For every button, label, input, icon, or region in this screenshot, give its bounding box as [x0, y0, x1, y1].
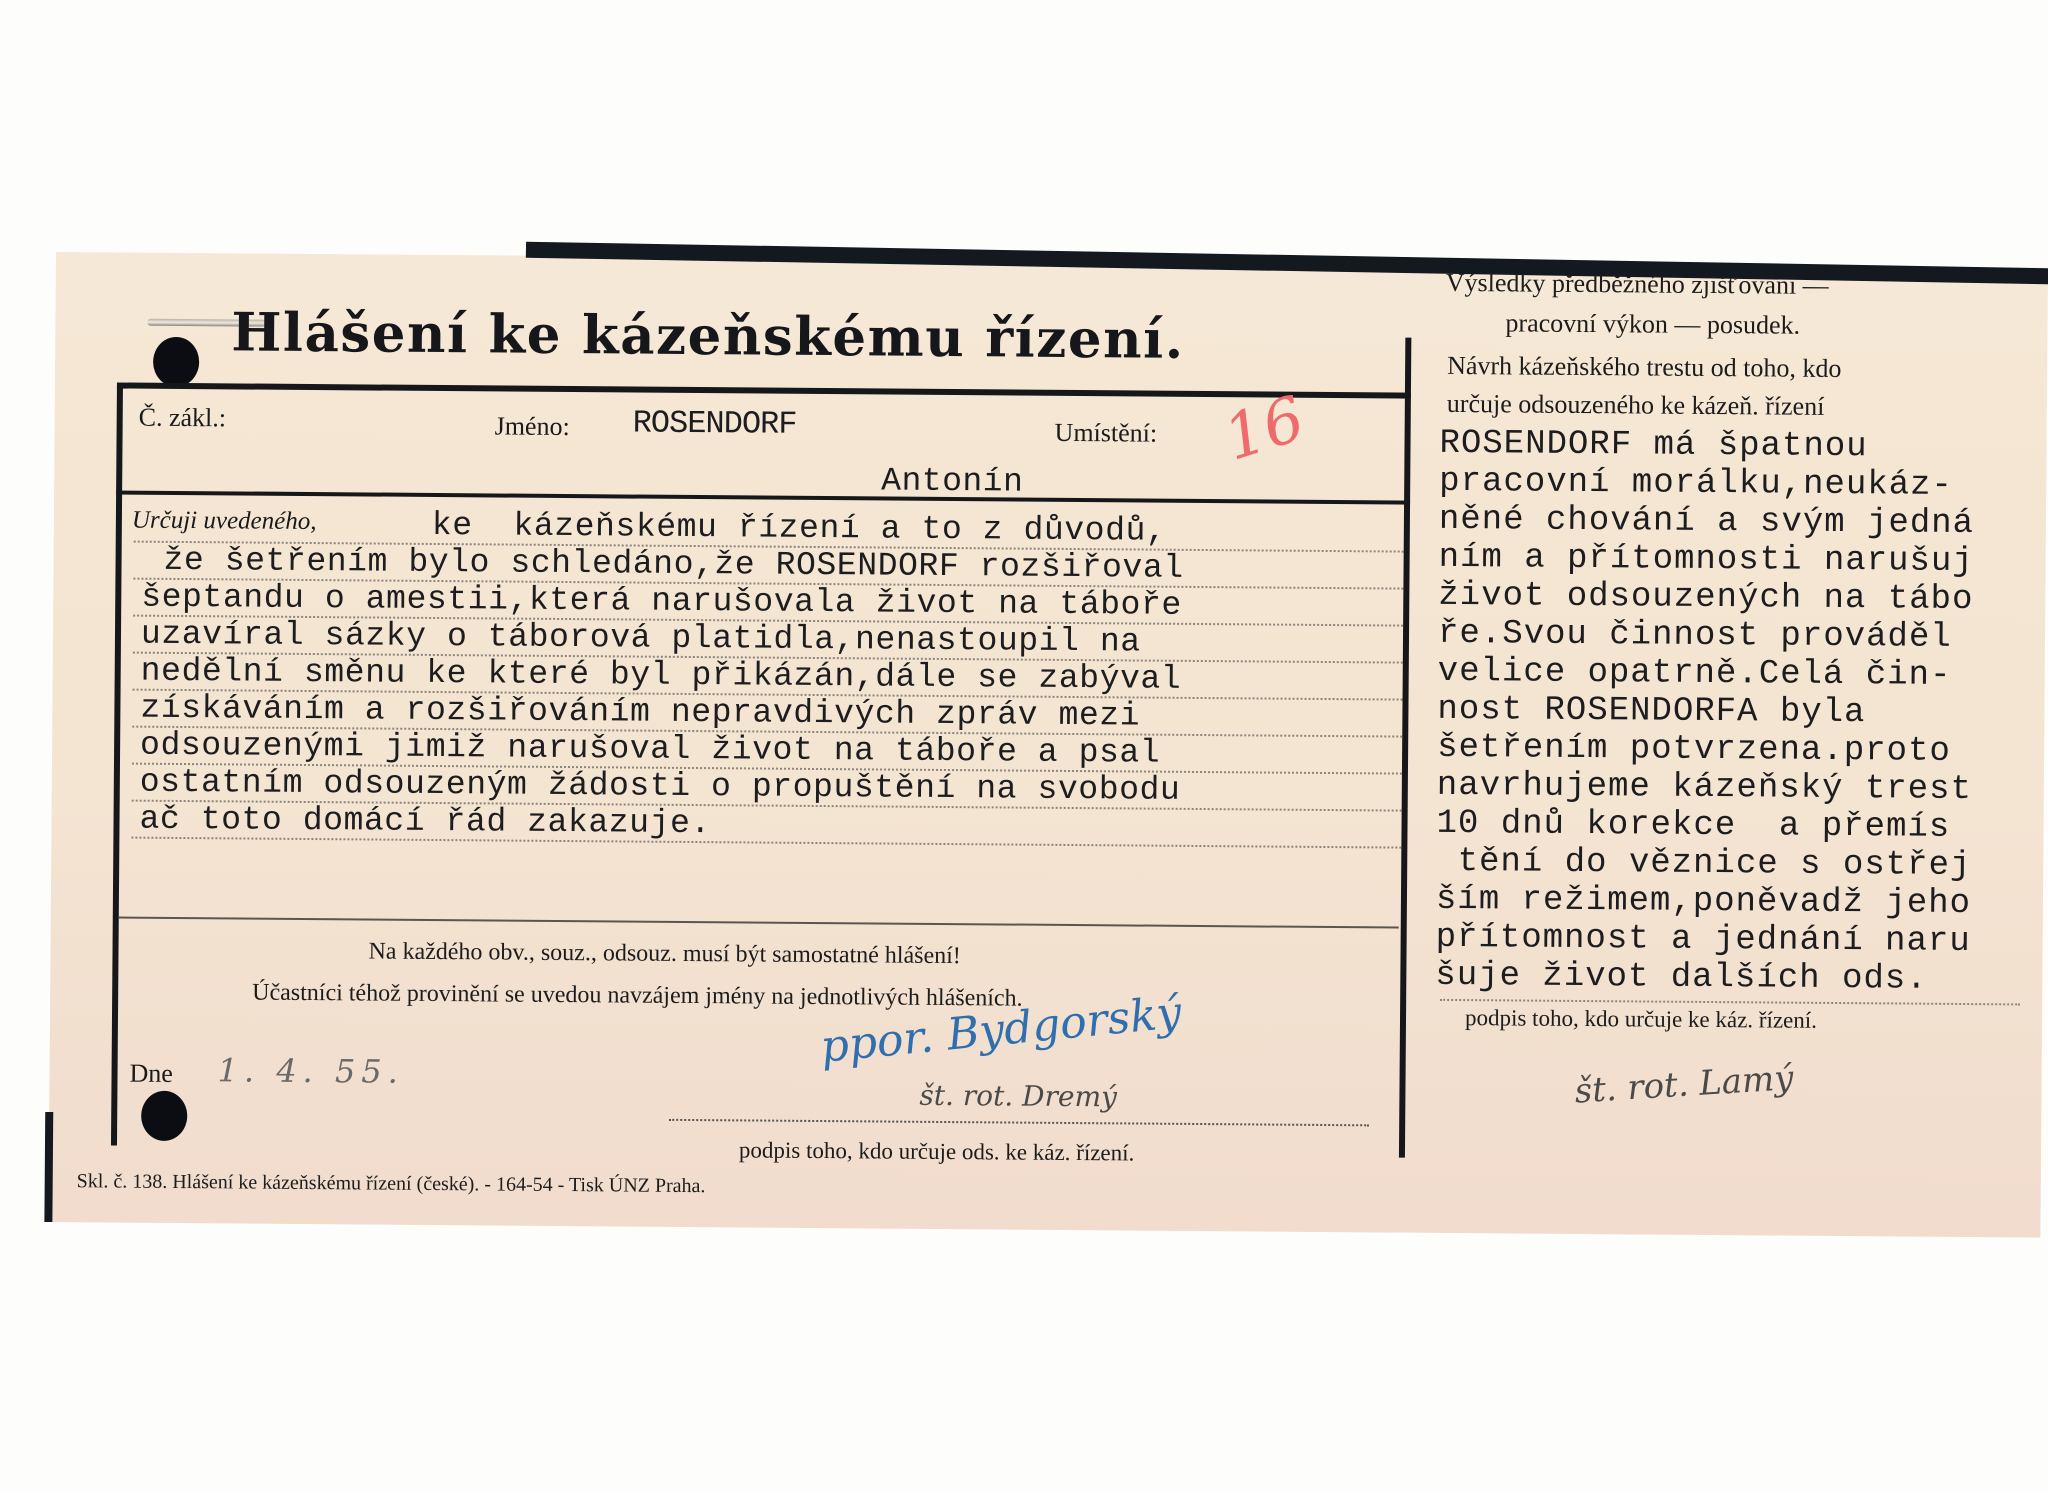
- form-footer: Skl. č. 138. Hlášení ke kázeňskému řízen…: [77, 1170, 706, 1198]
- assessment-line: život odsouzených na tábo: [1438, 577, 1973, 619]
- right-signature-caption: podpis toho, kdo určuje ke káz. řízení.: [1465, 1005, 1817, 1034]
- intro-label: Určuji uvedeného,: [132, 507, 317, 536]
- assessment-line: pracovní morálku,neukáz-: [1439, 463, 1953, 505]
- form-title: Hlášení ke kázeňskému řízení.: [231, 301, 1185, 370]
- assessment-line: 10 dnů korekce a přemís: [1436, 805, 1950, 847]
- assessment-line: ním a přítomnosti narušuj: [1438, 539, 1973, 581]
- signature-pencil-text: št. rot. Dremý: [919, 1079, 1117, 1114]
- punch-hole-top: [153, 337, 199, 387]
- surname-value: ROSENDORF: [633, 405, 797, 443]
- document-slip: Hlášení ke kázeňskému řízení. Č. zákl.: …: [48, 252, 2048, 1238]
- date-label: Dne: [129, 1059, 173, 1089]
- assessment-line: šetřením potvrzena.proto: [1437, 729, 1951, 771]
- note-separate-report: Na každého obv., souz., odsouz. musí být…: [368, 938, 961, 970]
- scan-shadow-left: [44, 1112, 53, 1222]
- c-zakl-label: Č. zákl.:: [139, 403, 227, 434]
- assessment-line: tění do věznice s ostřej: [1436, 843, 1971, 885]
- right-heading-line1: Výsledky předběžného zjišťování —: [1446, 268, 1829, 301]
- assessment-line: navrhujeme kázeňský trest: [1437, 767, 1972, 809]
- assessment-line: nost ROSENDORFA byla: [1437, 691, 1865, 732]
- right-heading-line3: Návrh kázeňského trestu od toho, kdo: [1447, 351, 1841, 384]
- assessment-line: ROSENDORF má špatnou: [1439, 425, 1867, 466]
- assessment-line: něné chování a svým jedná: [1439, 501, 1974, 543]
- jmeno-label: Jméno:: [495, 411, 570, 442]
- assessment-line: šuje život dalších ods.: [1435, 957, 1928, 999]
- right-signature-line: [1440, 999, 2020, 1006]
- assessment-line: velice opatrně.Celá čin-: [1438, 653, 1952, 695]
- assessment-line: ře.Svou činnost prováděl: [1438, 615, 1952, 657]
- date-handwritten-value: 1. 4. 55.: [217, 1051, 404, 1090]
- given-name-value: Antonín: [881, 462, 1023, 500]
- signature-caption: podpis toho, kdo určuje ods. ke káz. říz…: [739, 1137, 1135, 1166]
- right-heading-line2: pracovní výkon — posudek.: [1505, 308, 1800, 340]
- right-heading-line4: určuje odsouzeného ke kázeň. řízení: [1447, 389, 1825, 422]
- assessment-line: ším režimem,poněvadž jeho: [1436, 881, 1971, 923]
- right-signature: št. rot. Lamý: [1573, 1058, 1794, 1111]
- assessment-line: přítomnost a jednání naru: [1436, 919, 1971, 961]
- umisteni-label: Umístění:: [1054, 418, 1157, 449]
- reason-line: ač toto domácí řád zakazuje.: [139, 801, 711, 842]
